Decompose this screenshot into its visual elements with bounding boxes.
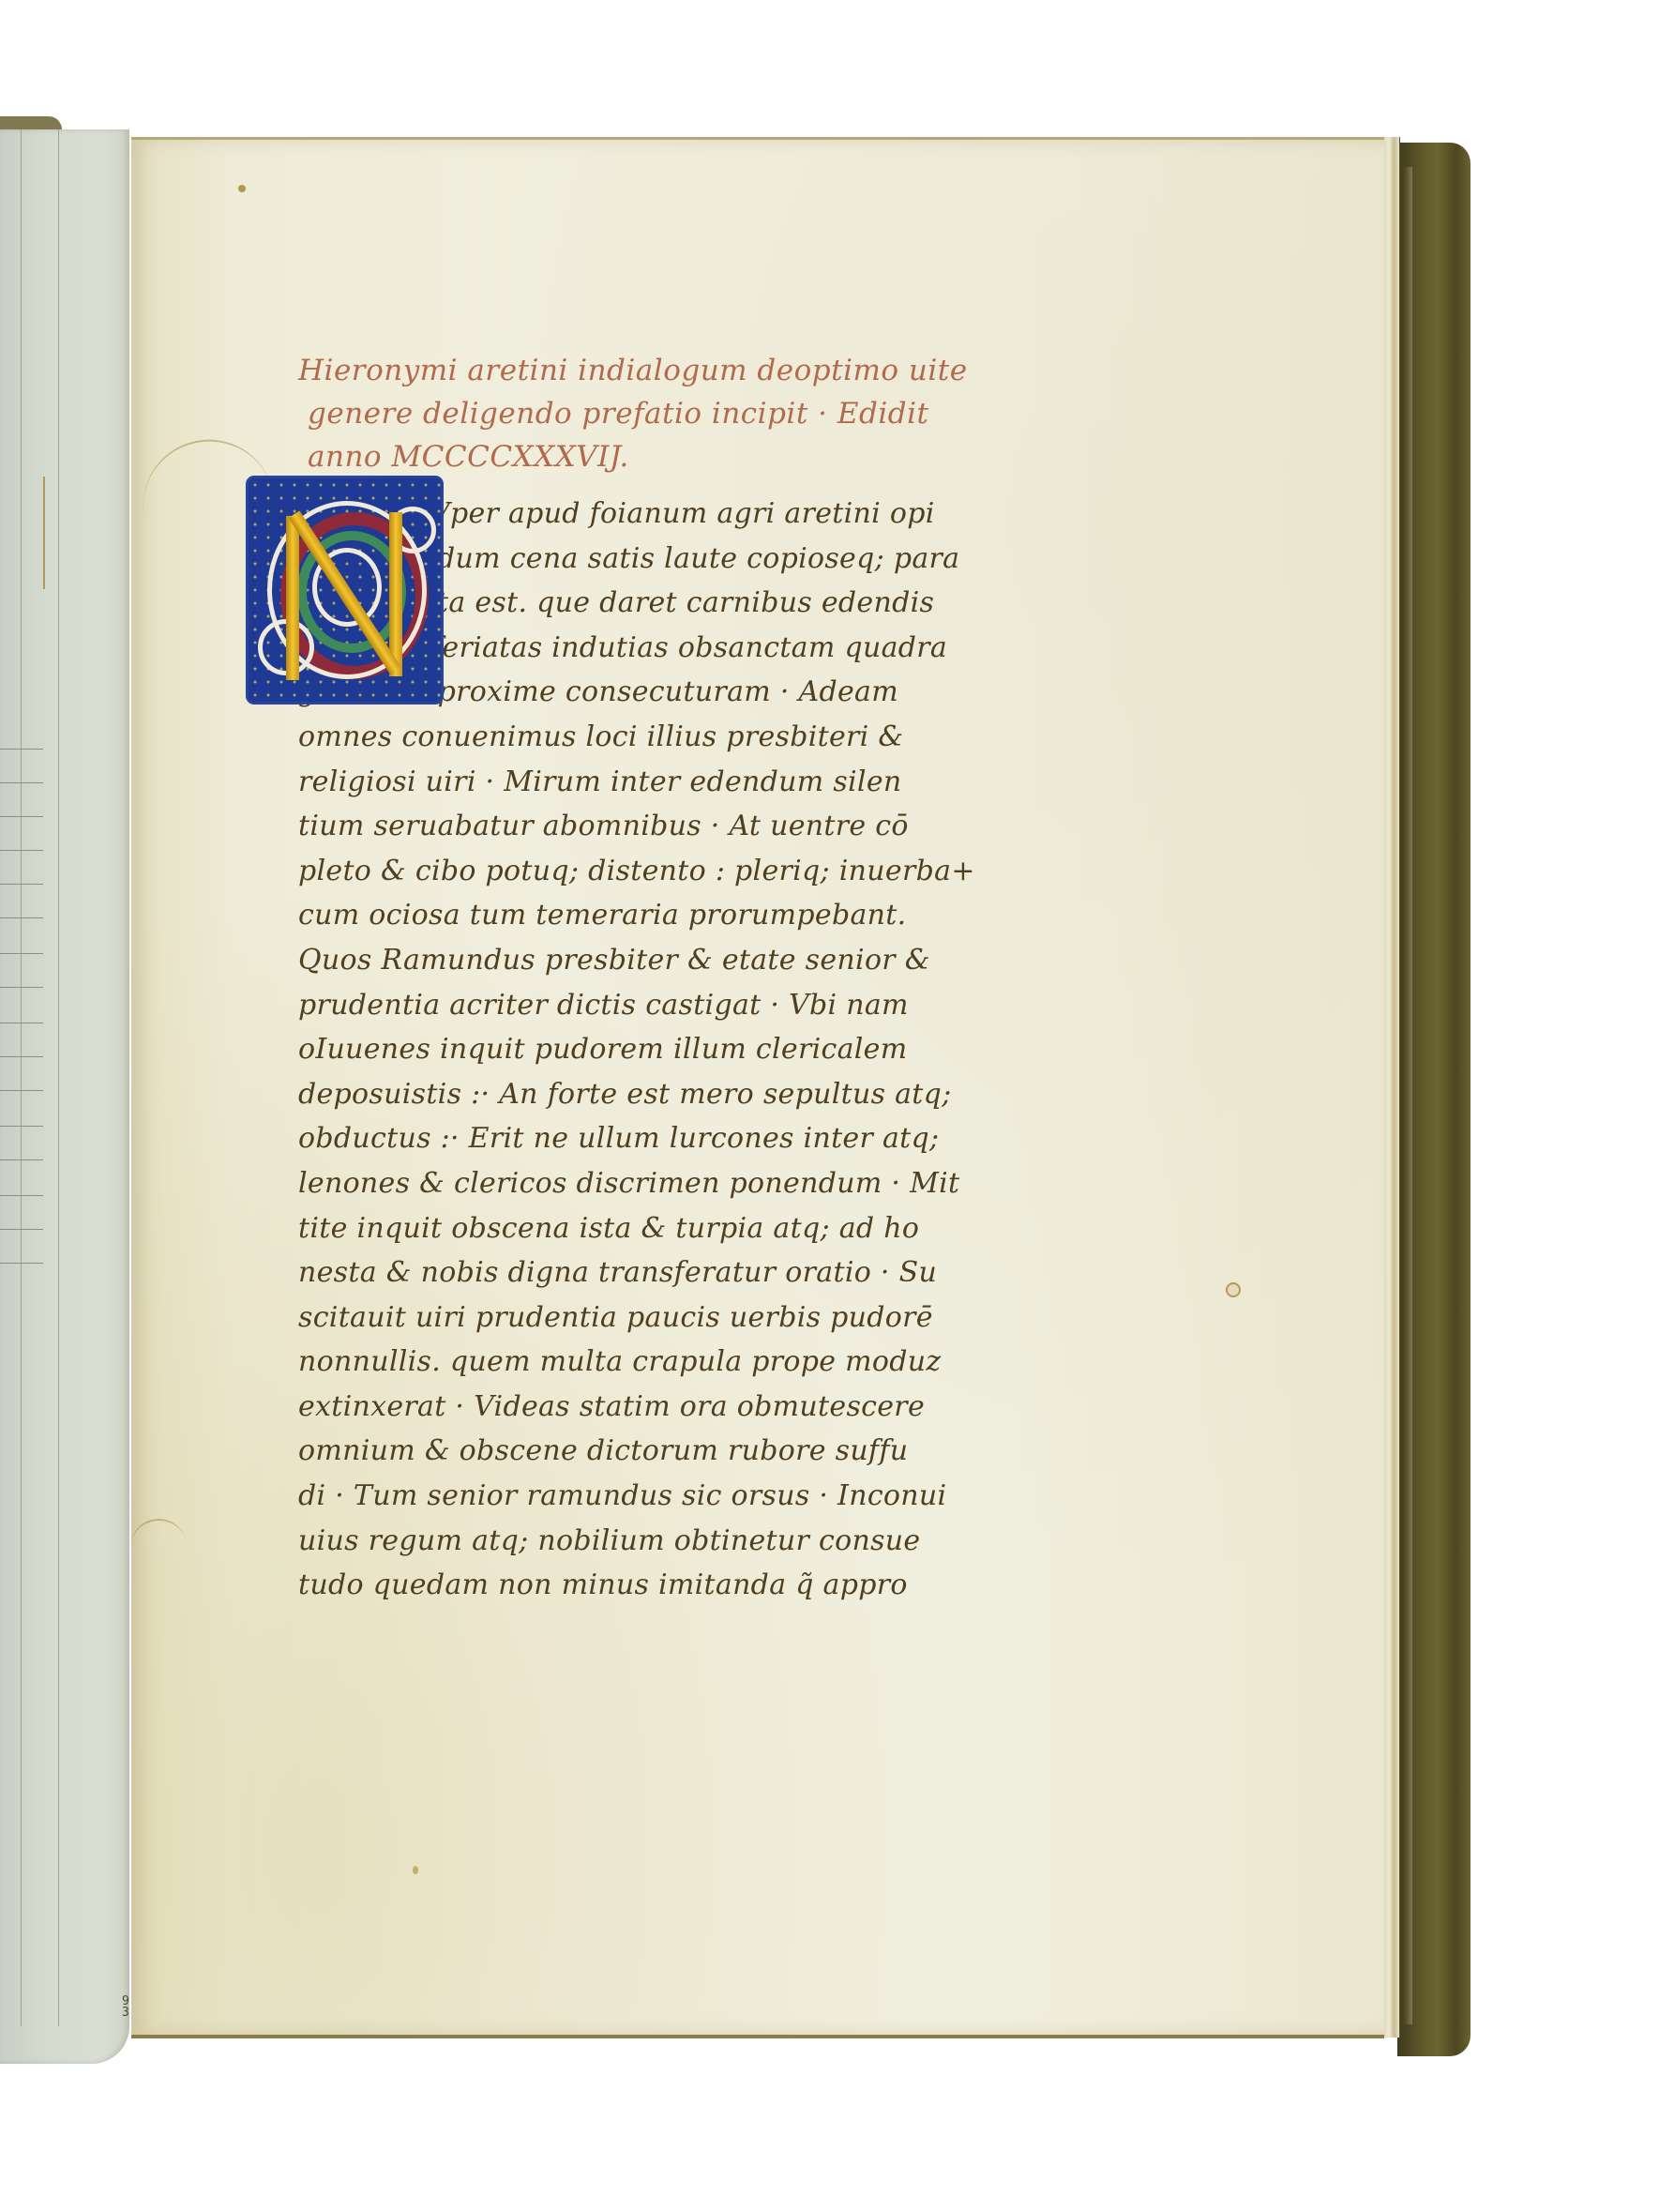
- ruling-line-horizontal: [0, 1159, 43, 1160]
- text-line: tite inquit obscena ista & turpia atq; a…: [298, 1206, 1011, 1251]
- text-line: prudentia acriter dictis castigat · Vbi …: [298, 983, 1011, 1028]
- text-line: obductus :· Erit ne ullum lurcones inter…: [298, 1116, 1011, 1161]
- ruling-line-horizontal: [0, 1195, 43, 1196]
- ruling-line-horizontal: [0, 1056, 43, 1057]
- rubric-line: genere deligendo prefatio incipit · Edid…: [298, 392, 1011, 435]
- text-line: nesta & nobis digna transferatur oratio …: [298, 1250, 1011, 1295]
- marginal-ink-stroke: [43, 477, 49, 589]
- text-line: extinxerat · Videas statim ora obmutesce…: [298, 1385, 1011, 1430]
- rubric-line: Hieronymi aretini indialogum deoptimo ui…: [298, 349, 1011, 392]
- left-page-edge: [0, 129, 129, 2064]
- text-line: cum ociosa tum temeraria prorumpebant.: [298, 893, 1011, 938]
- text-line: uius regum atq; nobilium obtinetur consu…: [298, 1519, 1011, 1564]
- margin-blemish: [1226, 1282, 1241, 1297]
- ruling-line-horizontal: [0, 749, 43, 750]
- text-line: omnium & obscene dictorum rubore suffu: [298, 1429, 1011, 1474]
- ruling-line-horizontal: [0, 782, 43, 783]
- ruling-line-horizontal: [0, 1090, 43, 1091]
- ruling-line-vertical: [21, 129, 22, 2026]
- text-line: religiosi uiri · Mirum inter edendum sil…: [298, 760, 1011, 805]
- rubric-line: anno MCCCCXXXVIJ.: [298, 435, 1011, 478]
- ruling-line-horizontal: [0, 917, 43, 918]
- ruling-line-horizontal: [0, 816, 43, 817]
- text-line: scitauit uiri prudentia paucis uerbis pu…: [298, 1295, 1011, 1341]
- ruling-line-horizontal: [0, 987, 43, 988]
- text-line: deposuistis :· An forte est mero sepultu…: [298, 1072, 1011, 1117]
- quire-mark: 9 3: [122, 1996, 129, 2019]
- text-line: tium seruabatur abomnibus · At uentre cō: [298, 804, 1011, 849]
- ruling-line-horizontal: [0, 1023, 43, 1023]
- ruling-line-horizontal: [0, 1263, 43, 1264]
- page-crease: [127, 1515, 191, 1590]
- text-line: nonnullis. quem multa crapula prope modu…: [298, 1340, 1011, 1385]
- ruling-line-vertical: [58, 129, 59, 2026]
- ruling-line-horizontal: [0, 884, 43, 885]
- ruling-line-horizontal: [0, 1229, 43, 1230]
- foxing-spot: [238, 185, 246, 192]
- text-line: di · Tum senior ramundus sic orsus · Inc…: [298, 1474, 1011, 1519]
- text-line: lenones & clericos discrimen ponendum · …: [298, 1161, 1011, 1206]
- ruling-line-horizontal: [0, 850, 43, 851]
- ruling-line-horizontal: [0, 1126, 43, 1127]
- page-stack-fore-edge: [1382, 137, 1400, 2038]
- ruling-line-horizontal: [0, 953, 43, 954]
- text-line: oIuuenes inquit pudorem illum clericalem: [298, 1027, 1011, 1072]
- foxing-spot: [413, 1866, 418, 1874]
- text-line: omnes conuenimus loci illius presbiteri …: [298, 715, 1011, 760]
- illuminated-initial: N: [249, 478, 441, 702]
- text-line: pleto & cibo potuq; distento : pleriq; i…: [298, 849, 1011, 894]
- text-line: tudo quedam non minus imitanda q̃ appro: [298, 1563, 1011, 1608]
- text-line: Quos Ramundus presbiter & etate senior &: [298, 938, 1011, 983]
